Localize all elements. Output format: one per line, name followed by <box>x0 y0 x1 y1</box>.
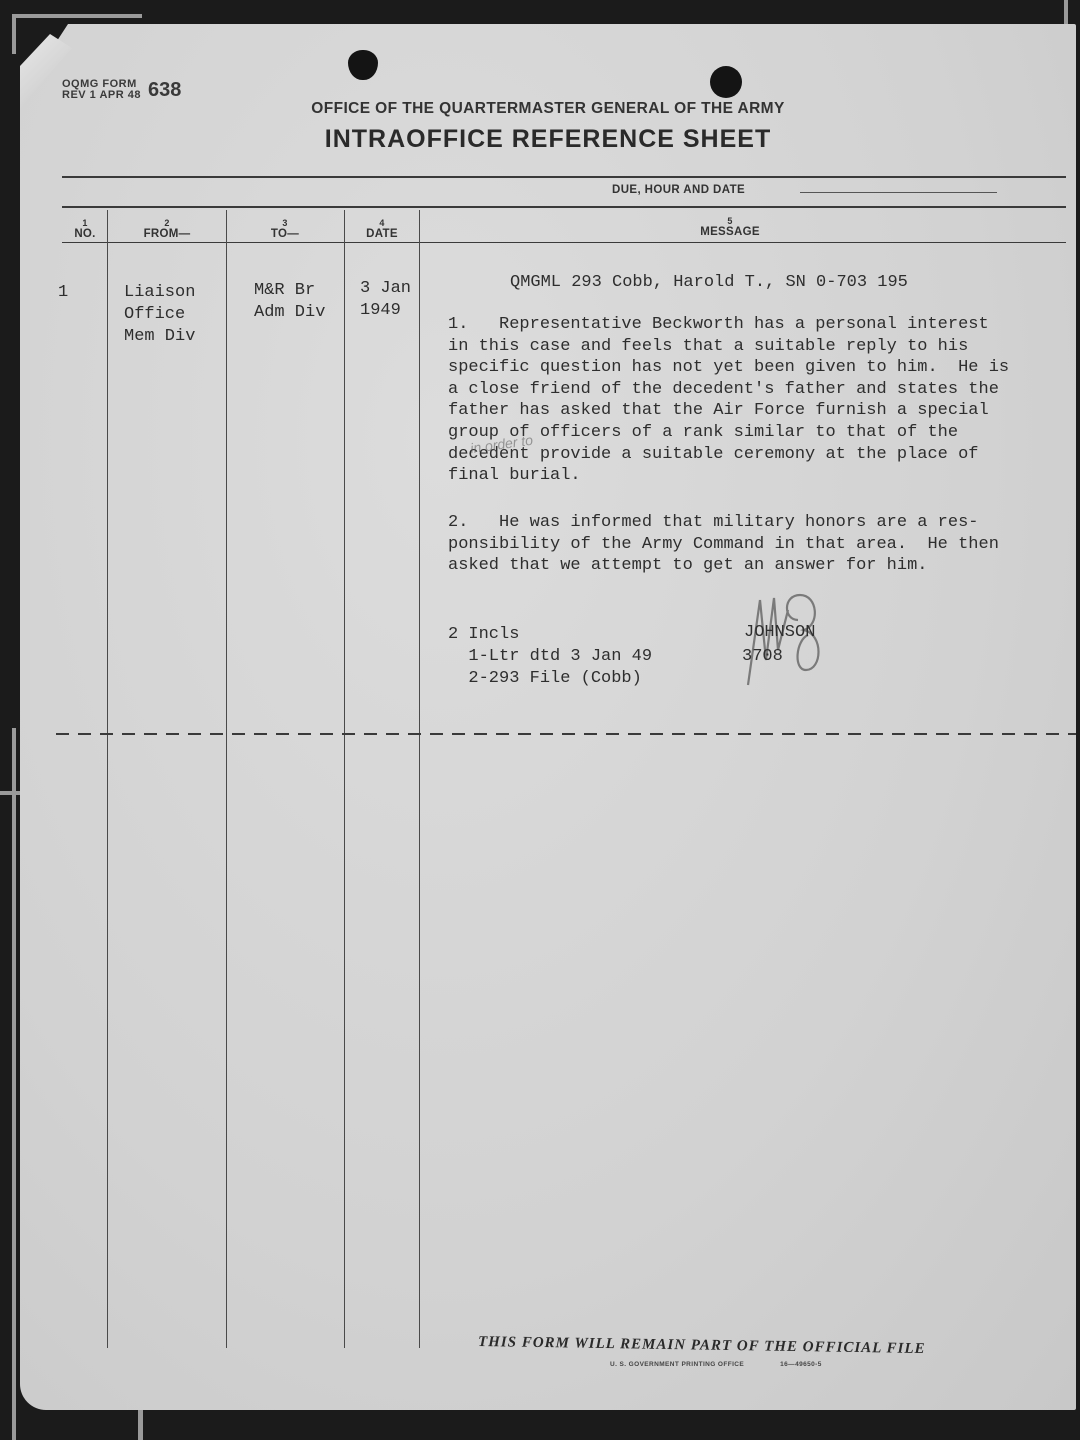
background-frame-line <box>138 1410 143 1440</box>
background-frame-line <box>12 14 16 54</box>
column-rule <box>107 210 108 1348</box>
column-label: TO— <box>271 228 299 240</box>
entry-number: 1 <box>58 282 68 304</box>
entry-from: Liaison Office Mem Div <box>124 282 195 348</box>
form-number: 638 <box>148 79 181 101</box>
column-label: DATE <box>366 228 398 240</box>
column-header-to: 3TO— <box>226 218 344 240</box>
column-label: NO. <box>74 228 95 240</box>
entry-date: 3 Jan 1949 <box>360 278 411 322</box>
divider <box>62 242 1066 243</box>
message-paragraph-1: 1. Representative Beckworth has a person… <box>448 314 1068 487</box>
column-header-date: 4DATE <box>344 218 420 240</box>
column-rule <box>344 210 345 1348</box>
signer-extension: 3708 <box>742 646 783 668</box>
column-header-message: 5MESSAGE <box>420 216 1040 238</box>
divider <box>62 206 1066 208</box>
background-frame-line <box>14 14 142 18</box>
form-identifier: OQMG FORM REV 1 APR 48 638 <box>62 79 141 101</box>
background-frame-line <box>1064 0 1068 24</box>
due-field[interactable] <box>800 192 997 193</box>
due-label: DUE, HOUR AND DATE <box>612 184 745 196</box>
signer-name: JOHNSON <box>744 622 815 644</box>
punch-hole <box>710 66 742 98</box>
entry-to: M&R Br Adm Div <box>254 280 325 324</box>
print-code: 16—49650-5 <box>780 1361 822 1368</box>
column-rule <box>226 210 227 1348</box>
dashed-separator <box>56 733 1076 735</box>
message-paragraph-2: 2. He was informed that military honors … <box>448 512 1068 577</box>
column-label: MESSAGE <box>700 226 760 238</box>
message-subject: QMGML 293 Cobb, Harold T., SN 0-703 195 <box>510 272 1080 294</box>
column-rule <box>419 210 420 1348</box>
office-heading: OFFICE OF THE QUARTERMASTER GENERAL OF T… <box>0 100 1080 118</box>
column-header-from: 2FROM— <box>108 218 226 240</box>
background-frame-line <box>12 728 16 1440</box>
printer-name: U. S. GOVERNMENT PRINTING OFFICE <box>610 1361 744 1368</box>
page-title: INTRAOFFICE REFERENCE SHEET <box>0 125 1080 154</box>
printer-imprint: U. S. GOVERNMENT PRINTING OFFICE16—49650… <box>610 1361 822 1368</box>
column-header-no: 1NO. <box>62 218 108 240</box>
divider <box>62 176 1066 178</box>
column-label: FROM— <box>144 228 191 240</box>
